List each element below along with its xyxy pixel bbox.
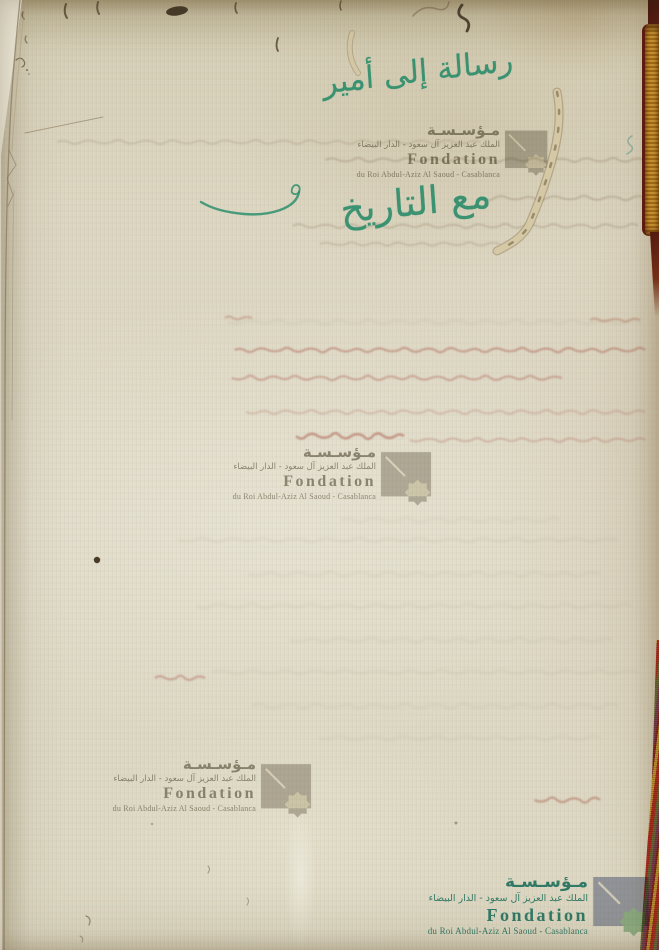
- watermark-latin-subtitle: du Roi Abdul-Aziz Al Saoud - Casablanca: [390, 925, 588, 937]
- watermark-arabic-title: مـؤسـسـة: [390, 873, 588, 892]
- page-edge-creases: [4, 0, 25, 950]
- watermark-text: مـؤسـسـة الملك عبد العزيز آل سعود - الدا…: [390, 873, 588, 937]
- watermark-arabic-subtitle: الملك عبد العزيز آل سعود - الدار البيضاء: [390, 892, 588, 905]
- manuscript-scan: مـؤسـسـة الملك عبد العزيز آل سعود - الدا…: [0, 0, 659, 950]
- foundation-logo-icon: [593, 877, 651, 941]
- binding-tape-orange: [642, 24, 659, 236]
- watermark-latin-title: Fondation: [390, 905, 588, 925]
- watermark-stamp-colored: مـؤسـسـة الملك عبد العزيز آل سعود - الدا…: [390, 873, 651, 941]
- paper-damage-layer: [0, 0, 659, 950]
- ink-specks: [16, 1, 469, 942]
